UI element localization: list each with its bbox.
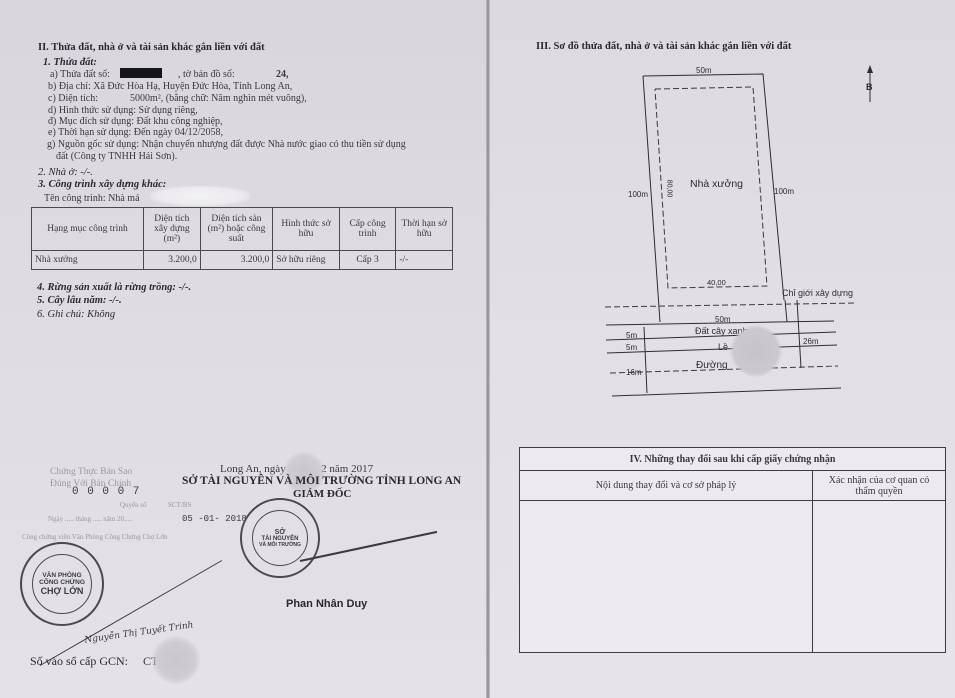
lot-left-length: 100m bbox=[628, 190, 648, 199]
sidewalk-width: 5m bbox=[626, 343, 637, 352]
changes-content-cell bbox=[520, 501, 813, 653]
building-label: Nhà xưởng bbox=[690, 178, 743, 190]
setback-label: Chỉ giới xây dựng bbox=[782, 288, 853, 298]
front-width: 50m bbox=[715, 315, 731, 324]
changes-confirmation-cell bbox=[813, 501, 946, 653]
sidewalk-label: Lề bbox=[718, 342, 728, 352]
road-width: 16m bbox=[626, 368, 642, 377]
lot-right-length: 100m bbox=[774, 187, 794, 196]
lot-top-width: 50m bbox=[696, 66, 712, 75]
changes-col-content: Nội dung thay đổi và cơ sở pháp lý bbox=[520, 471, 813, 501]
green-strip-width: 5m bbox=[626, 331, 637, 340]
north-label: B bbox=[866, 82, 873, 92]
changes-title: IV. Những thay đổi sau khi cấp giấy chứn… bbox=[520, 448, 946, 471]
road-name-blur bbox=[730, 325, 782, 377]
changes-col-confirmation: Xác nhận của cơ quan có thẩm quyền bbox=[813, 471, 946, 501]
building-depth: 80,00 bbox=[665, 180, 672, 198]
building-width: 40,00 bbox=[707, 278, 726, 287]
road-label: Đường bbox=[696, 360, 728, 371]
total-width: 26m bbox=[803, 337, 819, 346]
changes-table: IV. Những thay đổi sau khi cấp giấy chứn… bbox=[519, 447, 946, 653]
